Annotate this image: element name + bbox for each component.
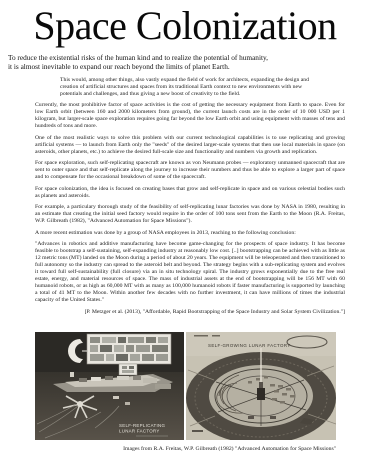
paragraph-replicating-systems: One of the most realistic ways to solve … [35, 135, 345, 156]
paragraph-launch-costs: Currently, the most prohibitive factor o… [35, 102, 345, 130]
subtitle: To reduce the existential risks of the h… [8, 54, 364, 71]
document-page: Space Colonization To reduce the existen… [0, 0, 370, 463]
page-title: Space Colonization [0, 0, 370, 52]
metzger-quote: "Advances in robotics and additive manuf… [35, 241, 345, 304]
right-photo-label: SELF-GROWING LUNAR FACTORY [208, 343, 291, 348]
body-text: Currently, the most prohibitive factor o… [35, 102, 345, 316]
paragraph-colonization-bases: For space colonization, the idea is focu… [35, 186, 345, 200]
quote-attribution: [P. Metzger et al. (2013), "Affordable, … [35, 309, 345, 316]
lunar-factory-figure: SELF-REPLICATING LUNAR FACTORY [35, 332, 336, 440]
paragraph-von-neumann-probes: For space exploration, such self-replica… [35, 160, 345, 181]
paragraph-recent-estimation: A more recent estimation was done by a g… [35, 230, 345, 237]
self-growing-lunar-factory-image: SELF-GROWING LUNAR FACTORY [186, 332, 336, 440]
figure-caption: Images from R.A. Freitas, W.P. Gilbreath… [35, 446, 336, 453]
self-replicating-lunar-factory-image: SELF-REPLICATING LUNAR FACTORY [35, 332, 184, 440]
subtitle-line-2: it is almost inevitable to expand our re… [8, 63, 364, 72]
intro-note: This would, among other things, also vas… [60, 77, 312, 98]
left-photo-label-line-2: LUNAR FACTORY [119, 429, 160, 434]
paragraph-nasa-1980-study: For example, a particulary thorough stud… [35, 204, 345, 225]
rover-unit-2 [125, 402, 130, 405]
rover-unit [113, 396, 119, 399]
left-photo-label-line-1: SELF-REPLICATING [119, 423, 165, 428]
